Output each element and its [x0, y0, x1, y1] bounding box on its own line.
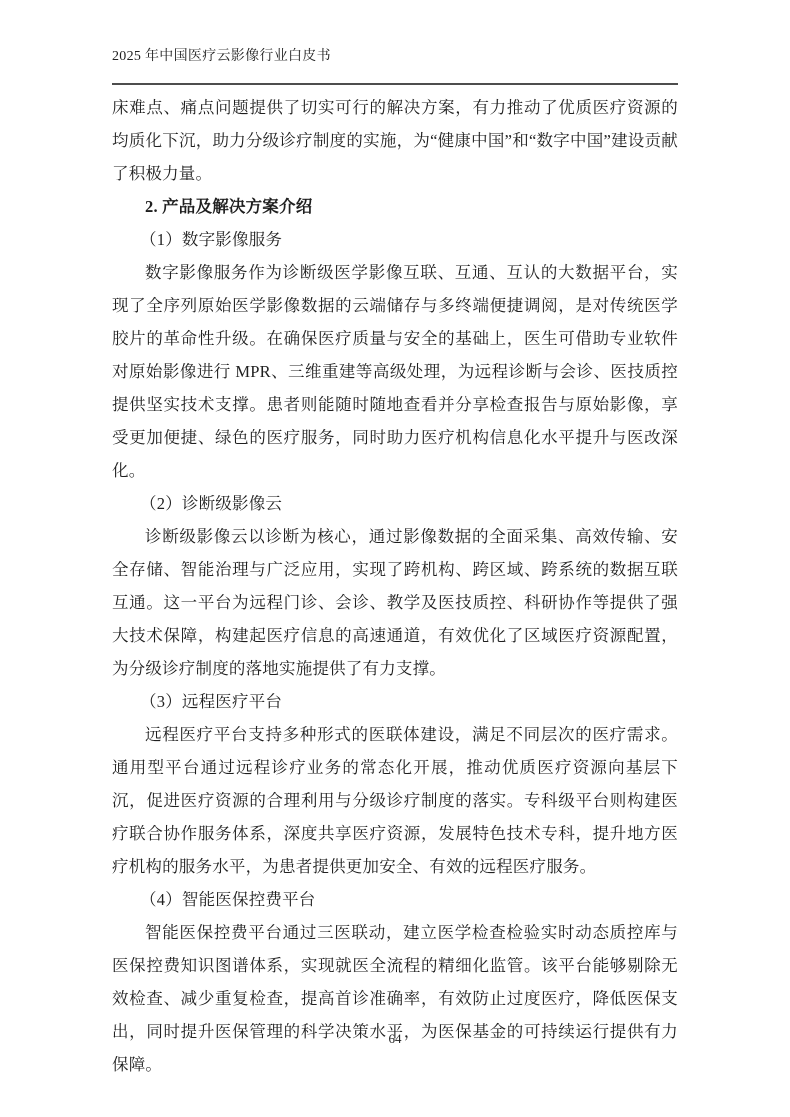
subsection-heading-4: （4）智能医保控费平台 [112, 883, 678, 916]
subsection-body-3: 远程医疗平台支持多种形式的医联体建设，满足不同层次的医疗需求。通用型平台通过远程… [112, 718, 678, 883]
intro-paragraph: 床难点、痛点问题提供了切实可行的解决方案，有力推动了优质医疗资源的均质化下沉，助… [112, 91, 678, 190]
document-body: 床难点、痛点问题提供了切实可行的解决方案，有力推动了优质医疗资源的均质化下沉，助… [112, 91, 678, 1081]
page-header: 2025 年中国医疗云影像行业白皮书 [112, 48, 678, 85]
subsection-body-4: 智能医保控费平台通过三医联动，建立医学检查检验实时动态质控库与医保控费知识图谱体… [112, 916, 678, 1081]
section-heading: 2. 产品及解决方案介绍 [112, 190, 678, 223]
subsection-body-2: 诊断级影像云以诊断为核心，通过影像数据的全面采集、高效传输、安全存储、智能治理与… [112, 520, 678, 685]
subsection-heading-2: （2）诊断级影像云 [112, 487, 678, 520]
header-title: 2025 年中国医疗云影像行业白皮书 [112, 49, 331, 64]
subsection-body-1: 数字影像服务作为诊断级医学影像互联、互通、互认的大数据平台，实现了全序列原始医学… [112, 256, 678, 487]
subsection-heading-3: （3）远程医疗平台 [112, 685, 678, 718]
page-number: 64 [0, 1031, 790, 1047]
document-page: 2025 年中国医疗云影像行业白皮书 床难点、痛点问题提供了切实可行的解决方案，… [0, 0, 790, 1117]
subsection-heading-1: （1）数字影像服务 [112, 223, 678, 256]
